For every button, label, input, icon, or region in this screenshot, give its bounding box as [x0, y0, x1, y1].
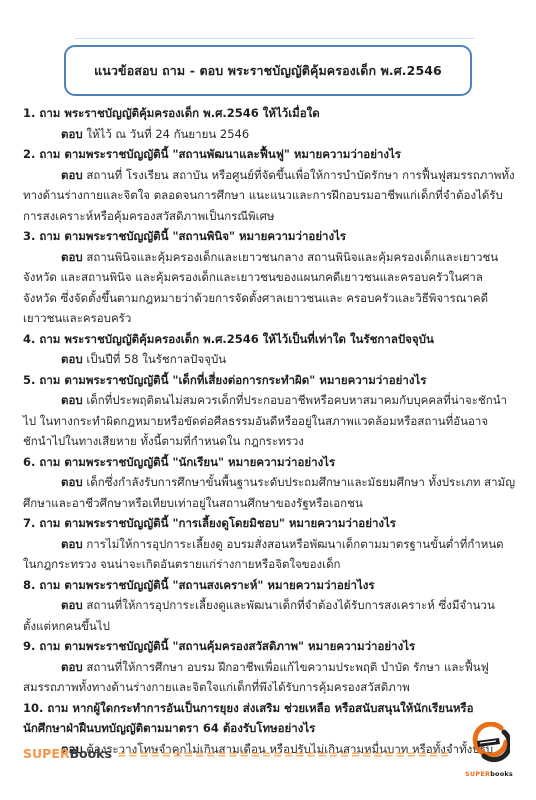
question-text: 2. ถาม ตามพระราชบัญญัตินี้ "สถานพัฒนาและ… — [23, 144, 515, 165]
answer-text: เป็นปีที่ 58 ในรัชกาลปัจจุบัน — [83, 352, 226, 366]
answer-prefix: ตอบ — [61, 598, 83, 612]
document-page: แนวข้อสอบ ถาม - ตอบ พระราชบัญญัติคุ้มครอ… — [0, 0, 536, 800]
answer-text: ให้ไว้ ณ วันที่ 24 กันยายน 2546 — [83, 127, 249, 141]
answer-text: สถานที่ให้การศึกษา อบรม ฝึกอาชีพเพื่อแก้… — [23, 660, 489, 695]
qa-content: 1. ถาม พระราชบัญญัติคุ้มครองเด็ก พ.ศ.254… — [23, 103, 515, 759]
question-text: 8. ถาม ตามพระราชบัญญัตินี้ "สถานสงเคราะห… — [23, 575, 515, 596]
logo-books-text: books — [490, 770, 513, 778]
question-text: 9. ถาม ตามพระราชบัญญัตินี้ "สถานคุ้มครอง… — [23, 636, 515, 657]
question-text: 7. ถาม ตามพระราชบัญญัตินี้ "การเลี้ยงดูโ… — [23, 513, 515, 534]
footer-brand-super: SUPER — [23, 746, 69, 761]
answer-text: สถานที่ โรงเรียน สถาบัน หรือศูนย์ที่จัดข… — [23, 168, 515, 223]
title-box: แนวข้อสอบ ถาม - ตอบ พระราชบัญญัติคุ้มครอ… — [64, 45, 472, 96]
question-text: 6. ถาม ตามพระราชบัญญัตินี้ "นักเรียน" หม… — [23, 452, 515, 473]
answer-prefix: ตอบ — [61, 127, 83, 141]
question-text: 10. ถาม หากผู้ใดกระทำการอันเป็นการยุยง ส… — [23, 698, 515, 739]
answer-text: เด็กซึ่งกำลังรับการศึกษาขั้นพื้นฐานระดับ… — [23, 475, 515, 510]
answer-paragraph: ตอบ ให้ไว้ ณ วันที่ 24 กันยายน 2546 — [23, 124, 515, 145]
logo-super-text: SUPER — [465, 770, 490, 778]
answer-paragraph: ตอบ เด็กซึ่งกำลังรับการศึกษาขั้นพื้นฐานร… — [23, 472, 515, 513]
answer-paragraph: ตอบ สถานพินิจและคุ้มครองเด็กและเยาวชนกลา… — [23, 247, 515, 329]
answer-text: การไม่ให้การอุปการะเลี้ยงดู อบรมสั่งสอนห… — [23, 537, 504, 572]
answer-prefix: ตอบ — [61, 660, 83, 674]
answer-paragraph: ตอบ สถานที่ โรงเรียน สถาบัน หรือศูนย์ที่… — [23, 165, 515, 227]
answer-text: เด็กที่ประพฤติตนไม่สมควรเด็กที่ประกอบอาช… — [23, 393, 507, 448]
answer-text: สถานพินิจและคุ้มครองเด็กและเยาวชนกลาง สถ… — [23, 250, 498, 326]
title-box-shadow-line — [75, 38, 474, 39]
footer-divider: ========================================… — [117, 747, 452, 761]
question-text: 4. ถาม พระราชบัญญัติคุ้มครองเด็ก พ.ศ.254… — [23, 329, 515, 350]
superbooks-swoosh-icon — [468, 722, 510, 766]
answer-paragraph: ตอบ เป็นปีที่ 58 ในรัชกาลปัจจุบัน — [23, 349, 515, 370]
footer-brand: SUPERBooks — [23, 746, 112, 761]
answer-paragraph: ตอบ สถานที่ให้การศึกษา อบรม ฝึกอาชีพเพื่… — [23, 657, 515, 698]
answer-prefix: ตอบ — [61, 393, 83, 407]
question-text: 3. ถาม ตามพระราชบัญญัตินี้ "สถานพินิจ" ห… — [23, 226, 515, 247]
logo-wordmark: SUPERbooks — [456, 770, 522, 778]
question-text: 5. ถาม ตามพระราชบัญญัตินี้ "เด็กที่เสี่ย… — [23, 370, 515, 391]
answer-paragraph: ตอบ การไม่ให้การอุปการะเลี้ยงดู อบรมสั่ง… — [23, 534, 515, 575]
answer-prefix: ตอบ — [61, 250, 83, 264]
page-title: แนวข้อสอบ ถาม - ตอบ พระราชบัญญัติคุ้มครอ… — [94, 61, 442, 81]
answer-paragraph: ตอบ สถานที่ให้การอุปการะเลี้ยงดูและพัฒนา… — [23, 595, 515, 636]
answer-prefix: ตอบ — [61, 168, 83, 182]
answer-prefix: ตอบ — [61, 475, 83, 489]
publisher-logo: SUPERbooks — [456, 722, 522, 778]
answer-prefix: ตอบ — [61, 352, 83, 366]
footer-brand-books: Books — [69, 746, 111, 761]
answer-paragraph: ตอบ เด็กที่ประพฤติตนไม่สมควรเด็กที่ประกอ… — [23, 390, 515, 452]
footer: SUPERBooks =============================… — [23, 746, 452, 761]
question-text: 1. ถาม พระราชบัญญัติคุ้มครองเด็ก พ.ศ.254… — [23, 103, 515, 124]
answer-text: สถานที่ให้การอุปการะเลี้ยงดูและพัฒนาเด็ก… — [23, 598, 495, 633]
answer-prefix: ตอบ — [61, 537, 83, 551]
